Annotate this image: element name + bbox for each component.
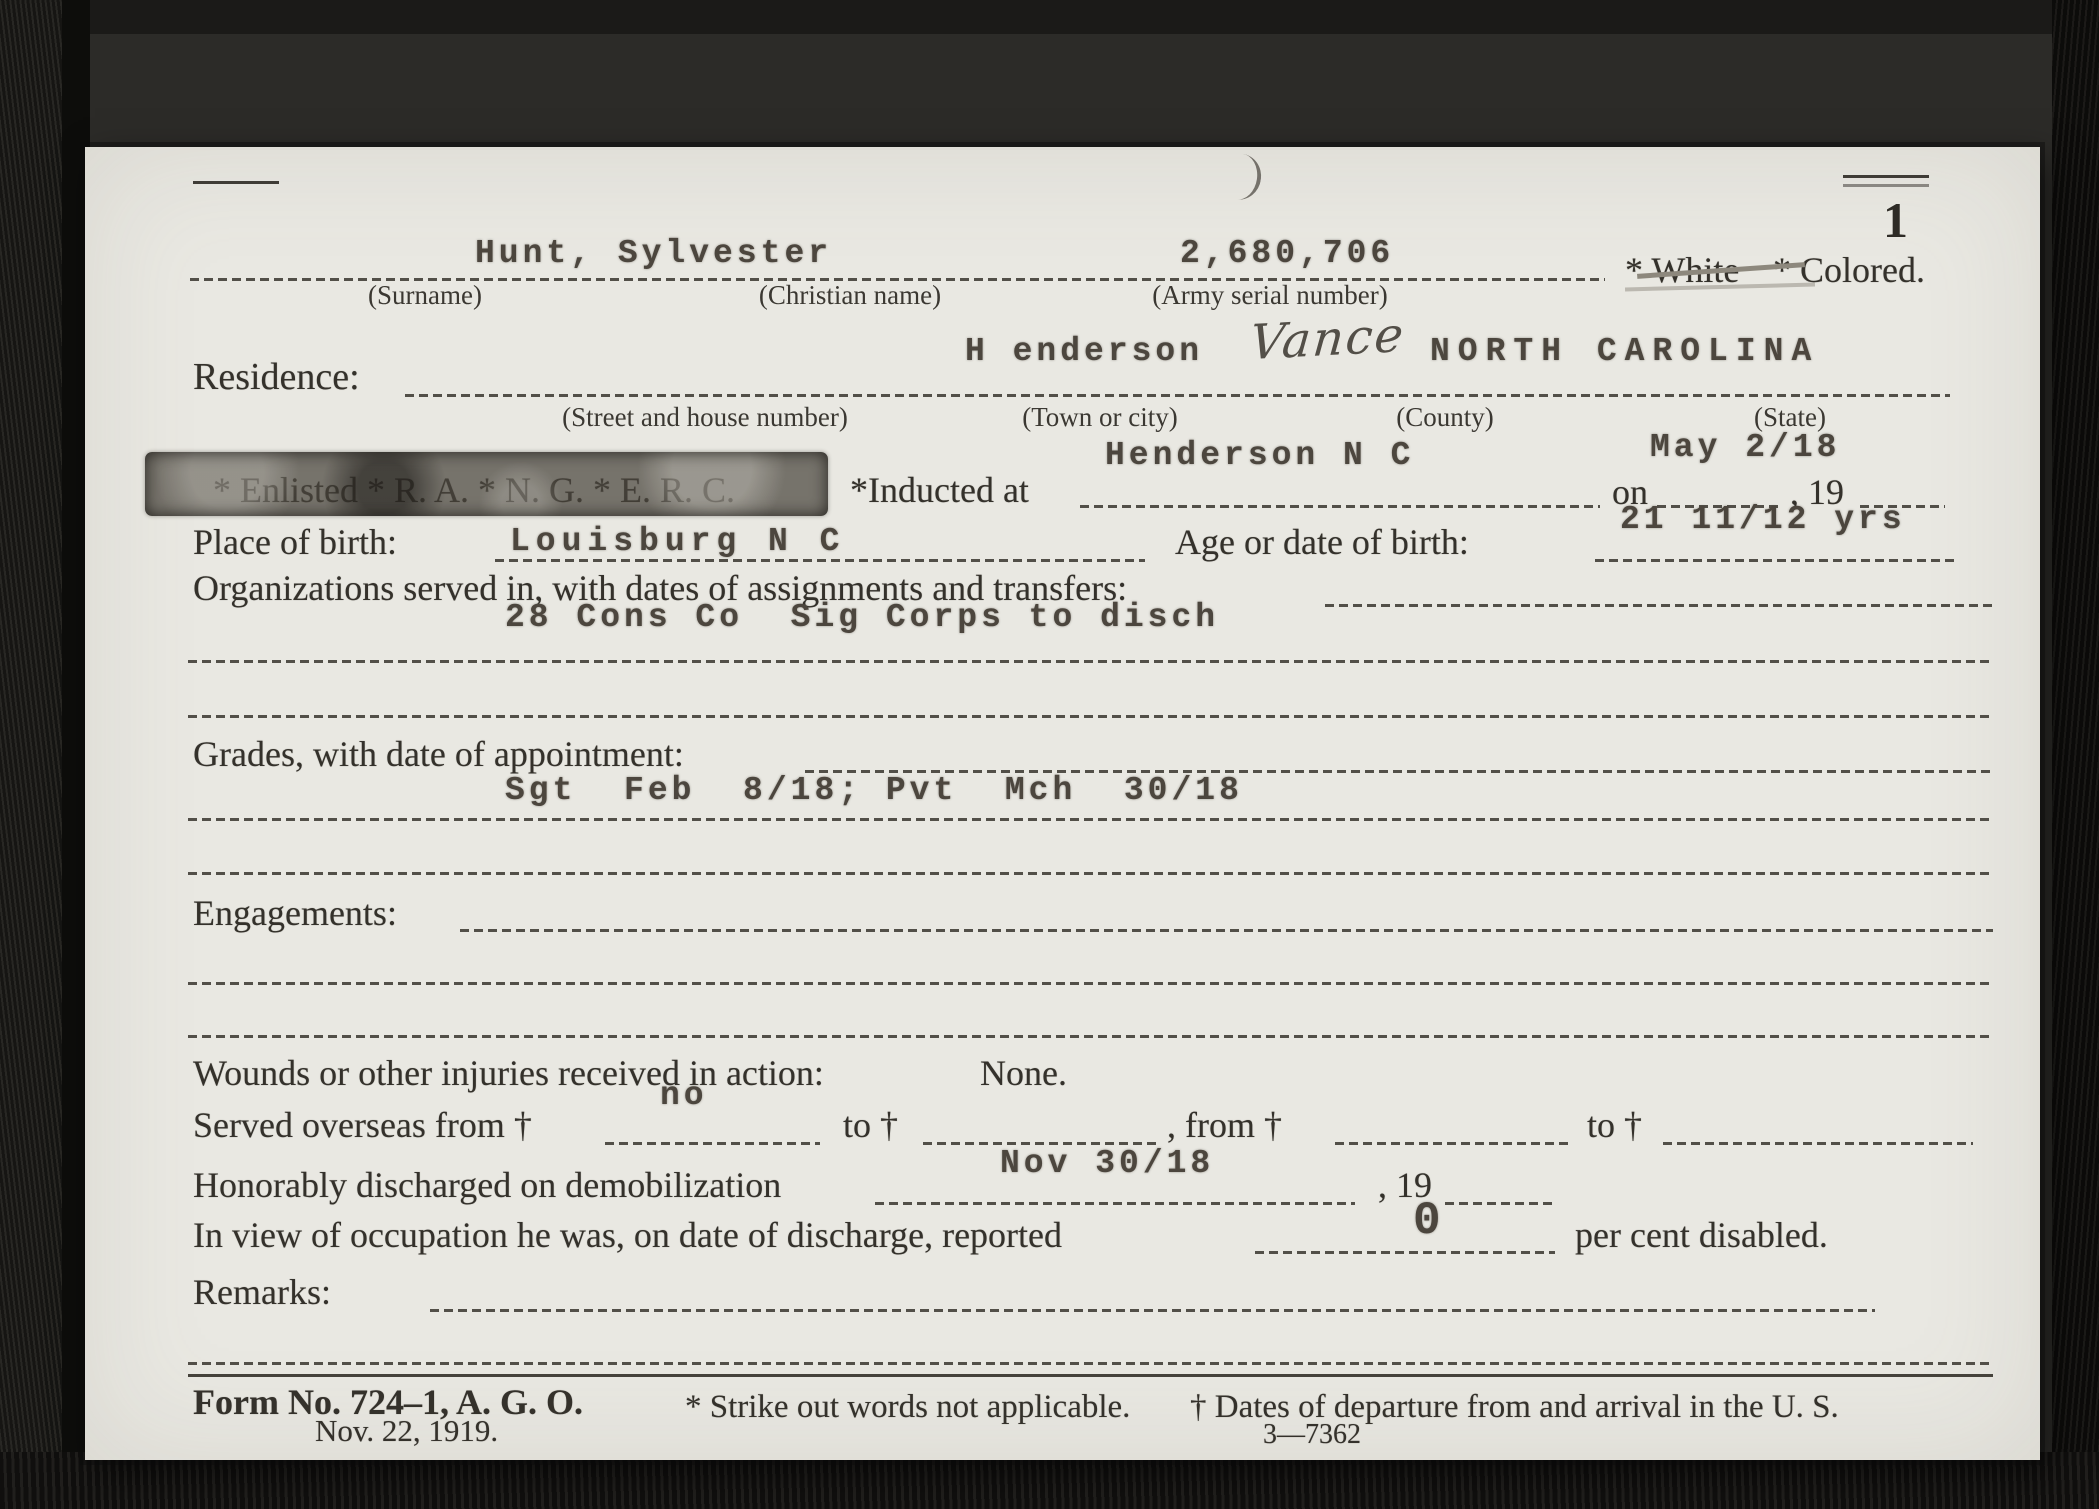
caption-county: (County)	[1396, 402, 1494, 433]
strike-out-note: * Strike out words not applicable.	[685, 1389, 1130, 1426]
overseas-to2-label: to †	[1587, 1104, 1642, 1146]
caption-street: (Street and house number)	[562, 402, 848, 433]
blank-line	[188, 660, 1993, 663]
disability-line	[1255, 1251, 1555, 1254]
residence-state-value: NORTH CAROLINA	[1430, 333, 1819, 370]
grades-label: Grades, with date of appointment:	[193, 733, 684, 775]
discharge-date-line	[875, 1202, 1355, 1205]
blank-line	[188, 872, 1993, 875]
top-right-tally-mark-2	[1843, 184, 1929, 187]
engagements-line	[460, 929, 1993, 932]
remarks-line	[430, 1309, 1875, 1312]
birth-place-value: Louisburg N C	[510, 523, 845, 560]
page-number: 1	[1883, 191, 1908, 249]
overseas-label: Served overseas from †	[193, 1104, 532, 1146]
caption-town: (Town or city)	[1022, 402, 1178, 433]
inducted-place-value: Henderson N C	[1105, 437, 1414, 474]
overseas-line-3	[1335, 1142, 1570, 1145]
serial-value: 2,680,706	[1180, 235, 1394, 272]
age-label: Age or date of birth:	[1175, 521, 1469, 563]
disability-suffix: per cent disabled.	[1575, 1214, 1828, 1256]
scanned-service-card-page: 1 Hunt, Sylvester 2,680,706 * White * Co…	[0, 0, 2099, 1509]
grades-value: Sgt Feb 8/18; Pvt Mch 30/18	[505, 772, 1243, 809]
discharge-label: Honorably discharged on demobilization	[193, 1164, 781, 1206]
residence-town-value: H enderson	[965, 333, 1203, 370]
age-value: 21 11/12 yrs	[1620, 501, 1906, 538]
obliteration-stamp	[145, 452, 828, 516]
pencil-mark	[1234, 154, 1264, 203]
top-right-tally-mark	[1843, 175, 1929, 178]
caption-army-serial: (Army serial number)	[1152, 280, 1387, 311]
footer-separator-solid	[188, 1374, 1993, 1377]
residence-county-handwritten: Vance	[1248, 307, 1408, 371]
disability-value: 0	[1413, 1195, 1445, 1247]
blank-line	[188, 715, 1993, 718]
inducted-place-line	[1080, 505, 1600, 508]
disability-label: In view of occupation he was, on date of…	[193, 1214, 1062, 1256]
top-left-tally-mark	[193, 181, 279, 184]
scan-right-edge	[2052, 0, 2099, 1509]
name-value: Hunt, Sylvester	[475, 235, 832, 272]
print-code: 3—7362	[1263, 1419, 1361, 1451]
age-line	[1595, 559, 1955, 562]
organizations-line	[1325, 604, 1993, 607]
footer-separator-dashed	[188, 1362, 1993, 1365]
form-date: Nov. 22, 1919.	[315, 1413, 498, 1449]
overseas-line-1	[605, 1142, 820, 1145]
discharge-year-line	[1445, 1202, 1555, 1205]
overseas-first-value: no	[660, 1077, 708, 1114]
discharge-date-value: Nov 30/18	[1000, 1145, 1214, 1182]
blank-line	[188, 818, 1993, 821]
caption-surname: (Surname)	[368, 280, 482, 311]
record-card: 1 Hunt, Sylvester 2,680,706 * White * Co…	[85, 147, 2040, 1460]
inducted-at-label: *Inducted at	[850, 469, 1029, 511]
overseas-line-4	[1663, 1142, 1973, 1145]
organizations-value: 28 Cons Co Sig Corps to disch	[505, 599, 1219, 636]
scan-bottom-edge	[0, 1452, 2099, 1509]
residence-label: Residence:	[193, 355, 360, 399]
scan-left-binding	[0, 0, 62, 1509]
wounds-value: None.	[980, 1052, 1067, 1094]
wounds-label: Wounds or other injuries received in act…	[193, 1052, 824, 1094]
engagements-label: Engagements:	[193, 892, 397, 934]
blank-line	[188, 1035, 1993, 1038]
overseas-from2-label: , from †	[1167, 1104, 1282, 1146]
birth-place-label: Place of birth:	[193, 521, 397, 563]
scan-top-border	[0, 0, 2099, 34]
residence-line	[405, 394, 1950, 397]
inducted-date-value: May 2/18	[1650, 429, 1840, 466]
overseas-to1-label: to †	[843, 1104, 898, 1146]
remarks-label: Remarks:	[193, 1271, 331, 1313]
caption-christian-name: (Christian name)	[759, 280, 941, 311]
blank-line	[188, 982, 1993, 985]
